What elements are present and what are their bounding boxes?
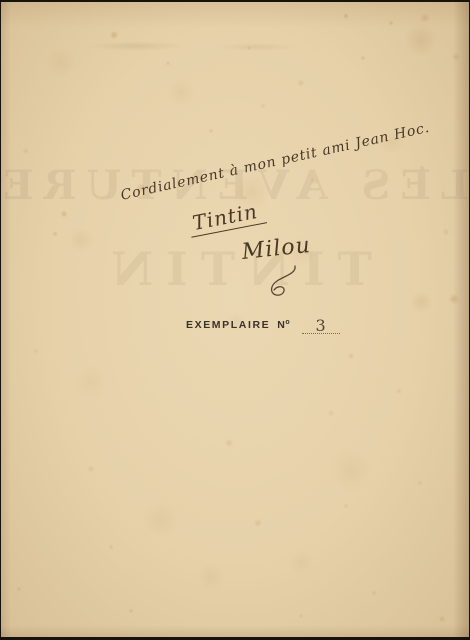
page-surface: LES AVENTURES TINTIN Cordialement à mon … bbox=[1, 2, 469, 637]
signature-flourish bbox=[259, 264, 303, 306]
numero-abbreviation: No bbox=[277, 319, 289, 331]
numero-superscript: o bbox=[285, 319, 289, 326]
copy-number: 3 bbox=[316, 316, 326, 335]
book-page-photo: LES AVENTURES TINTIN Cordialement à mon … bbox=[0, 0, 470, 640]
showthrough-title-tintin: TINTIN bbox=[1, 242, 469, 296]
copy-number-line: 3 bbox=[302, 313, 340, 334]
exemplaire-line: EXEMPLAIRE No 3 bbox=[186, 313, 340, 334]
numero-letter: N bbox=[277, 319, 285, 331]
exemplaire-label: EXEMPLAIRE bbox=[186, 319, 270, 331]
